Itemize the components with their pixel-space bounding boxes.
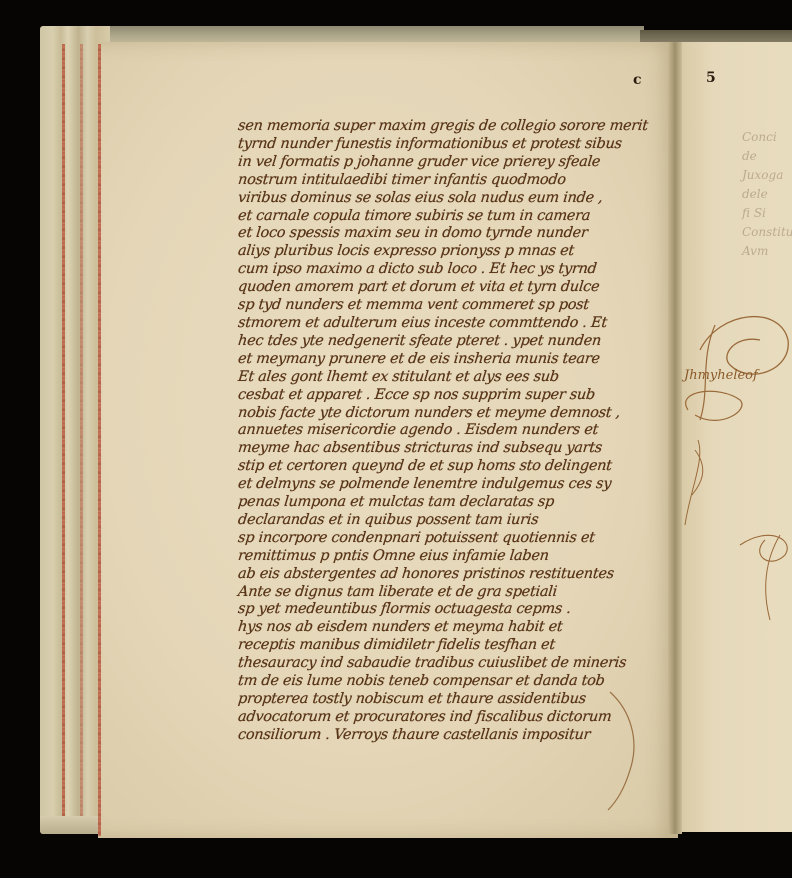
text-line: aliys pluribus locis expresso prionyss p… (237, 243, 639, 261)
faint-line: de (742, 147, 792, 166)
text-line: advocatorum et procuratores ind fiscalib… (237, 709, 639, 727)
text-line: nobis facte yte dictorum nunders et meym… (237, 405, 639, 423)
text-line: tm de eis lume nobis teneb compensar et … (237, 673, 639, 691)
text-line: et carnale copula timore subiris se tum … (237, 208, 639, 226)
faint-line: Constitu (742, 223, 792, 242)
faint-line: Juxoga (742, 166, 792, 185)
text-line: hec tdes yte nedgenerit sfeate pteret . … (237, 333, 639, 351)
text-line: et delmyns se polmende lenemtre indulgem… (237, 476, 639, 494)
text-line: propterea tostly nobiscum et thaure assi… (237, 691, 639, 709)
text-line: receptis manibus dimidiletr fidelis tesf… (237, 637, 639, 655)
text-line: nostrum intitulaedibi timer infantis quo… (237, 172, 639, 190)
text-line: meyme hac absentibus stricturas ind subs… (237, 440, 639, 458)
text-line: consiliorum . Verroys thaure castellanis… (237, 727, 639, 745)
text-line: sen memoria super maxim gregis de colleg… (237, 118, 639, 136)
faint-line: Avm (742, 242, 792, 261)
folio-number-right: 5 (706, 70, 716, 86)
text-line: sp yet medeuntibus flormis octuagesta ce… (237, 601, 639, 619)
text-line: penas lumpona et mulctas tam declaratas … (237, 494, 639, 512)
text-line: thesauracy ind sabaudie tradibus cuiusli… (237, 655, 639, 673)
notary-signature: Jhmyheleof (684, 368, 758, 383)
text-line: Et ales gont lhemt ex stitulant et alys … (237, 369, 639, 387)
text-line: cum ipso maximo a dicto sub loco . Et he… (237, 261, 639, 279)
text-line: et meymany prunere et de eis insheria mu… (237, 351, 639, 369)
text-line: remittimus p pntis Omne eius infamie lab… (237, 548, 639, 566)
text-line: sp tyd nunders et memma vent commeret sp… (237, 297, 639, 315)
faint-line: fi Si (742, 204, 792, 223)
text-line: cesbat et apparet . Ecce sp nos supprim … (237, 387, 639, 405)
manuscript-photo: c 5 sen memoria super maxim gregis de co… (0, 0, 792, 878)
text-line: Ante se dignus tam liberate et de gra sp… (237, 584, 639, 602)
text-line: ab eis abstergentes ad honores pristinos… (237, 566, 639, 584)
text-line: stmorem et adulterum eius inceste commtt… (237, 315, 639, 333)
red-page-edge (80, 44, 83, 824)
faint-line: dele (742, 185, 792, 204)
text-line: in vel formatis p johanne gruder vice pr… (237, 154, 639, 172)
text-line: viribus dominus se solas eius sola nudus… (237, 190, 639, 208)
red-page-edge (62, 44, 65, 824)
faint-line: Conci (742, 128, 792, 147)
text-line: declarandas et in quibus possent tam iur… (237, 512, 639, 530)
folio-number-left: c (633, 72, 642, 88)
text-line: tyrnd nunder funestis informationibus et… (237, 136, 639, 154)
text-line: et loco spessis maxim seu in domo tyrnde… (237, 225, 639, 243)
red-page-edge (98, 44, 101, 836)
handwritten-text-block: sen memoria super maxim gregis de colleg… (238, 118, 638, 745)
notarial-signature-flourish-icon (680, 300, 792, 630)
text-line: quoden amorem part et dorum et vita et t… (237, 279, 639, 297)
text-line: stip et certoren queynd de et sup homs s… (237, 458, 639, 476)
text-line: annuetes misericordie agendo . Eisdem nu… (237, 422, 639, 440)
text-line: hys nos ab eisdem nunders et meyma habit… (237, 619, 639, 637)
text-line: sp incorpore condenpnari potuissent quot… (237, 530, 639, 548)
right-page-faint-text: Conci de Juxoga dele fi Si Constitu Avm (742, 128, 792, 261)
ink-flourish-icon (600, 690, 650, 820)
